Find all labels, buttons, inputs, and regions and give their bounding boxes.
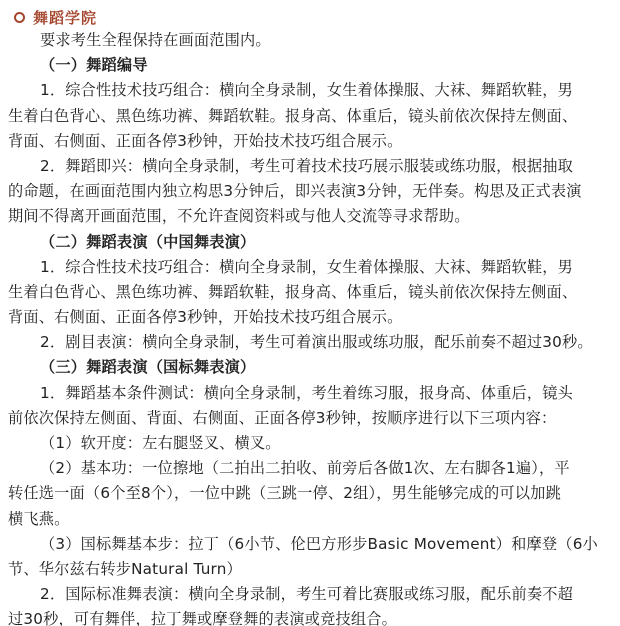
paragraph-line: 2．剧目表演：横向全身录制，考生可着演出服或练功服，配乐前奏不超过30秒。 [8,330,614,355]
paragraph-line: 过30秒，可有舞伴，拉丁舞或摩登舞的表演或竞技组合。 [8,607,614,626]
subsection-heading: （二）舞蹈表演（中国舞表演） [8,230,614,255]
paragraph-line: 背面、右侧面、正面各停3秒钟，开始技术技巧组合展示。 [8,305,614,330]
paragraph-line: 要求考生全程保持在画面范围内。 [8,28,614,53]
document-body: 要求考生全程保持在画面范围内。 （一）舞蹈编导 1．综合性技术技巧组合：横向全身… [8,28,614,626]
paragraph-line: （2）基本功：一位擦地（二拍出二拍收、前旁后各做1次、左右脚各1遍），平 [8,456,614,481]
paragraph-line: 2．舞蹈即兴：横向全身录制，考生可着技术技巧展示服装或练功服，根据抽取 [8,154,614,179]
paragraph-line: 生着白色背心、黑色练功裤、舞蹈软鞋。报身高、体重后，镜头前依次保持左侧面、 [8,104,614,129]
paragraph-line: 转任选一面（6个至8个），一位中跳（三跳一停、2组），男生能够完成的可以加跳 [8,481,614,506]
paragraph-line: 1．综合性技术技巧组合：横向全身录制，女生着体操服、大袜、舞蹈软鞋，男 [8,255,614,280]
paragraph-line: 1．舞蹈基本条件测试：横向全身录制，考生着练习服，报身高、体重后，镜头 [8,381,614,406]
paragraph-line: 横飞燕。 [8,507,614,532]
document: 舞蹈学院 要求考生全程保持在画面范围内。 （一）舞蹈编导 1．综合性技术技巧组合… [8,6,614,626]
paragraph-line: 期间不得离开画面范围，不允许查阅资料或与他人交流等寻求帮助。 [8,204,614,229]
paragraph-line: 1．综合性技术技巧组合：横向全身录制，女生着体操服、大袜、舞蹈软鞋，男 [8,78,614,103]
paragraph-line: 前依次保持左侧面、背面、右侧面、正面各停3秒钟，按顺序进行以下三项内容： [8,406,614,431]
paragraph-line: 背面、右侧面、正面各停3秒钟，开始技术技巧组合展示。 [8,129,614,154]
section-header: 舞蹈学院 [14,6,614,28]
circle-outline-icon [14,12,25,23]
paragraph-line: 节、华尔兹右转步Natural Turn） [8,557,614,582]
section-title: 舞蹈学院 [33,7,97,28]
paragraph-line: （3）国标舞基本步：拉丁（6小节、伦巴方形步Basic Movement）和摩登… [8,532,614,557]
paragraph-line: （1）软开度：左右腿竖叉、横叉。 [8,431,614,456]
paragraph-line: 生着白色背心、黑色练功裤、舞蹈软鞋，报身高、体重后，镜头前依次保持左侧面、 [8,280,614,305]
subsection-heading: （三）舞蹈表演（国标舞表演） [8,355,614,380]
subsection-heading: （一）舞蹈编导 [8,53,614,78]
paragraph-line: 的命题，在画面范围内独立构思3分钟后，即兴表演3分钟，无伴奏。构思及正式表演 [8,179,614,204]
paragraph-line: 2．国际标准舞表演：横向全身录制，考生可着比赛服或练习服，配乐前奏不超 [8,582,614,607]
